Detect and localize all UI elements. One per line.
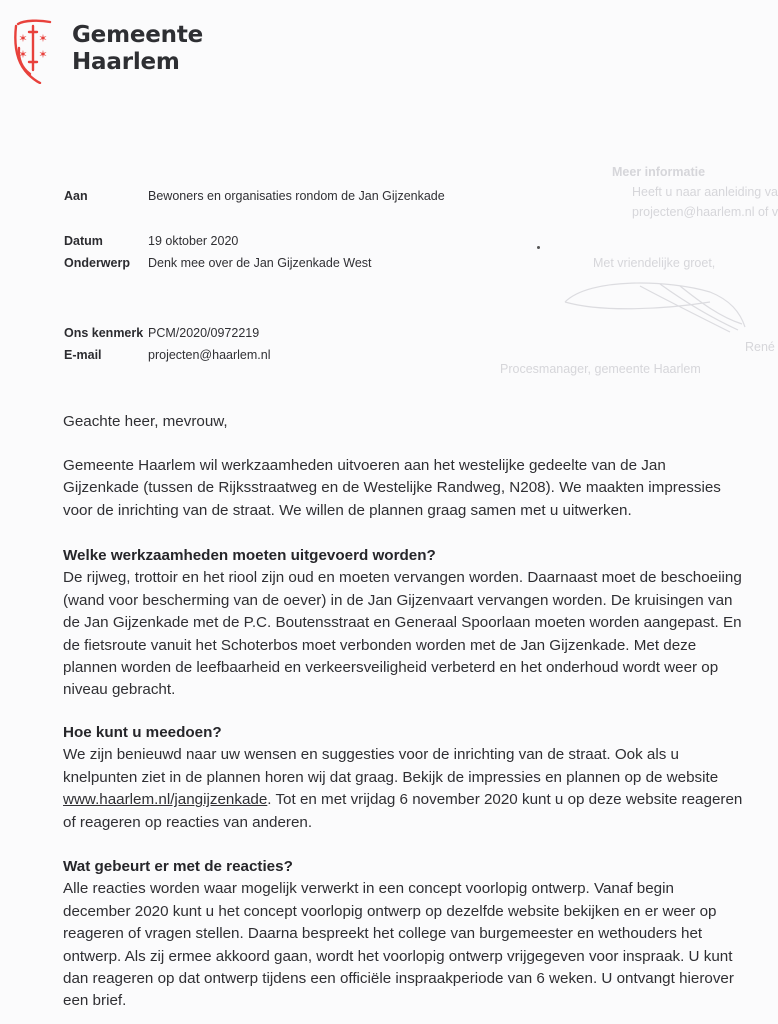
- salutation: Geachte heer, mevrouw,: [63, 411, 758, 433]
- show-through-info: Meer informatie: [612, 162, 758, 182]
- svg-text:✶: ✶: [18, 32, 27, 45]
- scan-speck: [537, 246, 540, 249]
- section-participate: Hoe kunt u meedoen? We zijn benieuwd naa…: [63, 722, 743, 834]
- logo-name-line-2: Haarlem: [72, 49, 203, 76]
- show-through-greeting: Met vriendelijke groet,: [593, 253, 715, 273]
- subject-value: Denk mee over de Jan Gijzenkade West: [148, 253, 372, 273]
- show-through-info-title: Meer informatie: [612, 162, 758, 182]
- show-through-role-text: Procesmanager, gemeente Haarlem: [500, 362, 701, 376]
- section-works: Welke werkzaamheden moeten uitgevoerd wo…: [63, 545, 743, 702]
- section-heading: Wat gebeurt er met de reacties?: [63, 856, 743, 878]
- date-label: Datum: [64, 231, 103, 251]
- show-through-info-line-2: projecten@haarlem.nl of via telefoonnumm…: [632, 202, 778, 222]
- salutation-text: Geachte heer, mevrouw,: [63, 411, 758, 433]
- show-through-name-text: René Edens,: [745, 340, 778, 354]
- letter-page: ✶ ✶ ✶ ✶ Gemeente Haarlem Meer informatie…: [0, 0, 778, 1024]
- svg-text:✶: ✶: [38, 32, 47, 45]
- section-text: De rijweg, trottoir en het riool zijn ou…: [63, 567, 743, 701]
- show-through-name: René Edens,: [745, 337, 778, 357]
- subject-label: Onderwerp: [64, 253, 130, 273]
- to-label: Aan: [64, 186, 88, 206]
- show-through-signature: [560, 272, 750, 342]
- intro-paragraph: Gemeente Haarlem wil werkzaamheden uitvo…: [63, 455, 743, 522]
- section-reactions: Wat gebeurt er met de reacties? Alle rea…: [63, 856, 743, 1013]
- show-through-info-text-2: projecten@haarlem.nl of via telefoonnumm…: [632, 205, 778, 219]
- section-text: We zijn benieuwd naar uw wensen en sugge…: [63, 744, 743, 834]
- date-value: 19 oktober 2020: [148, 231, 238, 251]
- email-value: projecten@haarlem.nl: [148, 345, 270, 365]
- section-text: Alle reacties worden waar mogelijk verwe…: [63, 878, 743, 1012]
- section-heading: Hoe kunt u meedoen?: [63, 722, 743, 744]
- project-website-link[interactable]: www.haarlem.nl/jangijzenkade: [63, 791, 267, 808]
- svg-text:✶: ✶: [18, 48, 27, 61]
- intro-text: Gemeente Haarlem wil werkzaamheden uitvo…: [63, 455, 743, 522]
- section-heading: Welke werkzaamheden moeten uitgevoerd wo…: [63, 545, 743, 567]
- to-value: Bewoners en organisaties rondom de Jan G…: [148, 186, 445, 206]
- section-text-part: We zijn benieuwd naar uw wensen en sugge…: [63, 746, 718, 785]
- show-through-info-text-1: Heeft u naar aanleiding van deze brief v…: [632, 185, 778, 199]
- municipality-logo: ✶ ✶ ✶ ✶ Gemeente Haarlem: [10, 18, 203, 84]
- show-through-info-line-1: Heeft u naar aanleiding van deze brief v…: [632, 182, 778, 202]
- haarlem-coat-of-arms-icon: ✶ ✶ ✶ ✶: [10, 18, 54, 84]
- logo-name-line-1: Gemeente: [72, 22, 203, 49]
- svg-text:✶: ✶: [38, 48, 47, 61]
- municipality-name: Gemeente Haarlem: [72, 22, 203, 76]
- reference-label: Ons kenmerk: [64, 323, 143, 343]
- email-label: E-mail: [64, 345, 102, 365]
- show-through-role: Procesmanager, gemeente Haarlem: [500, 359, 778, 379]
- reference-value: PCM/2020/0972219: [148, 323, 259, 343]
